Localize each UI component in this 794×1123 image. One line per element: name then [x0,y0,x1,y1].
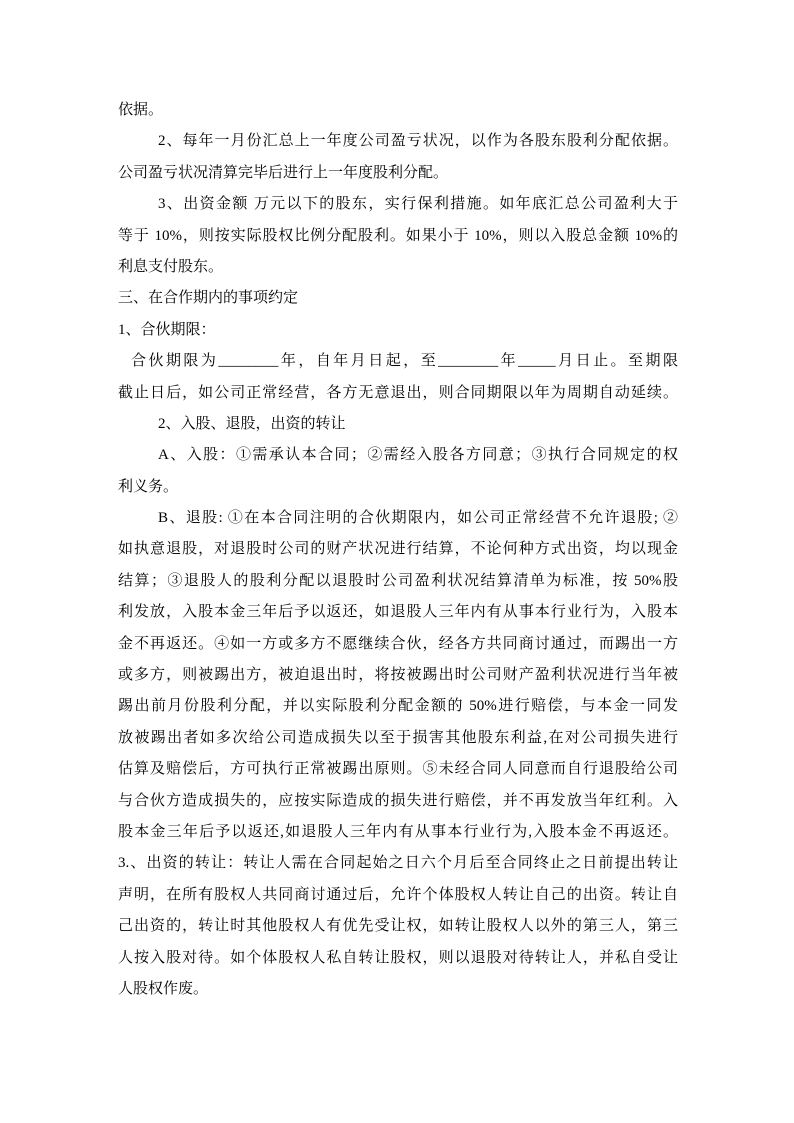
text-line: 金不再返还。④如一方或多方不愿继续合伙，经各方共同商讨通过，而踢出一方 [118,629,678,660]
text-line: 3、出资金额 万元以下的股东，实行保利措施。如年底汇总公司盈利大于 [118,189,678,220]
text-line: 三、在合作期内的事项约定 [118,283,678,314]
text-line: A、入股：①需承认本合同；②需经入股各方同意；③执行合同规定的权 [118,440,678,471]
text-line: 或多方，则被踢出方，被迫退出时，将按被踢出时公司财产盈利状况进行当年被 [118,660,678,691]
text-line: 利义务。 [118,472,678,503]
text-line: 截止日后，如公司正常经营，各方无意退出，则合同期限以年为周期自动延续。 [118,378,678,409]
text-line: 公司盈亏状况清算完毕后进行上一年度股利分配。 [118,158,678,189]
text-line: 2、每年一月份汇总上一年度公司盈亏状况，以作为各股东股利分配依据。 [118,126,678,157]
text-line: 如执意退股，对退股时公司的财产状况进行结算，不论何种方式出资，均以现金 [118,534,678,565]
text-line: 结算；③退股人的股利分配以退股时公司盈利状况结算清单为标准，按 50%股 [118,566,678,597]
text-line: 股本金三年后予以返还,如退股人三年内有从事本行业行为,入股本金不再返还。 [118,817,678,848]
text-line: 利息支付股东。 [118,252,678,283]
text-line: 合伙期限为________年，自年月日起，至________年_____月日止。… [118,346,678,377]
text-line: 人股权作废。 [118,974,678,1005]
text-line: 利发放，入股本金三年后予以返还，如退股人三年内有从事本行业行为，入股本 [118,597,678,628]
document-page: 依据。2、每年一月份汇总上一年度公司盈亏状况，以作为各股东股利分配依据。公司盈亏… [0,0,794,1123]
text-line: 2、入股、退股，出资的转让 [118,409,678,440]
text-line: 放被踢出者如多次给公司造成损失以至于损害其他股东利益,在对公司损失进行 [118,723,678,754]
text-line: 3.、出资的转让：转让人需在合同起始之日六个月后至合同终止之日前提出转让 [118,848,678,879]
text-line: 估算及赔偿后，方可执行正常被踢出原则。⑤未经合同人同意而自行退股给公司 [118,754,678,785]
document-body: 依据。2、每年一月份汇总上一年度公司盈亏状况，以作为各股东股利分配依据。公司盈亏… [118,95,678,1005]
text-line: 人按入股对待。如个体股权人私自转让股权，则以退股对待转让人，并私自受让 [118,943,678,974]
text-line: 等于 10%，则按实际股权比例分配股利。如果小于 10%，则以入股总金额 10%… [118,221,678,252]
text-line: 与合伙方造成损失的，应按实际造成的损失进行赔偿，并不再发放当年红利。入 [118,786,678,817]
text-line: 己出资的，转让时其他股权人有优先受让权，如转让股权人以外的第三人，第三 [118,911,678,942]
text-line: B、退股: ①在本合同注明的合伙期限内，如公司正常经营不允许退股; ② [118,503,678,534]
text-line: 依据。 [118,95,678,126]
text-line: 踢出前月份股利分配，并以实际股利分配金额的 50%进行赔偿，与本金一同发 [118,691,678,722]
text-line: 1、合伙期限： [118,315,678,346]
text-line: 声明，在所有股权人共同商讨通过后，允许个体股权人转让自己的出资。转让自 [118,880,678,911]
